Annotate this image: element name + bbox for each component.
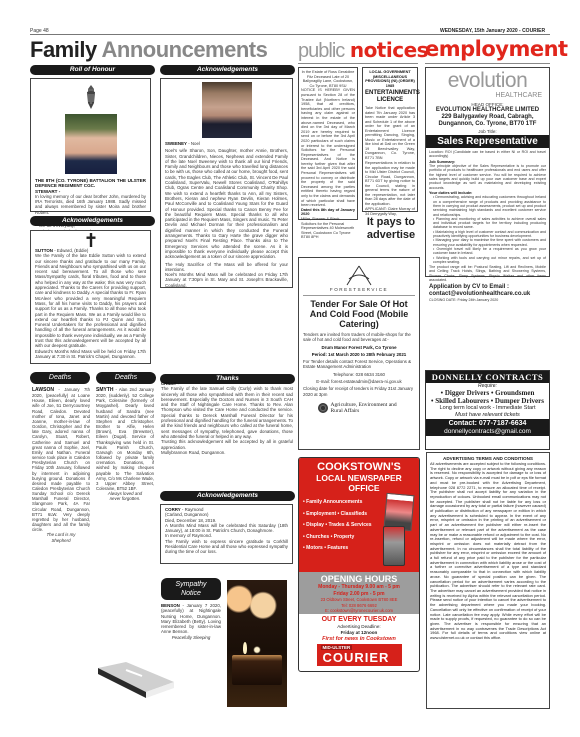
benson-sympathy-notice: BENSON - January 7 2020, (peacefully) at…	[161, 603, 221, 640]
duty-item: • Planning and monitoring of sales activ…	[429, 217, 546, 230]
deceased-name: LAWSON	[32, 387, 54, 393]
duty-item: • Overnight travel will likely be a requ…	[429, 247, 546, 256]
duty-item: • Working with tools and carrying out mi…	[429, 256, 546, 265]
acknowledgement-text: We the Family of the late Eddie Sutton w…	[35, 253, 146, 348]
sympathy-notice-heading: Sympathy Notice	[161, 578, 221, 600]
verse-line: never forgotten.	[96, 496, 154, 501]
smyth-death-notice: SMYTH - Alan 2nd January 2020, (suddenly…	[96, 387, 154, 502]
donnelly-phone[interactable]: Contact: 077-7187-6634	[426, 420, 549, 428]
tender-intro: Tenders are invited from traders of mobi…	[303, 332, 415, 343]
tender-details: For Tender details contact Forest Servic…	[303, 359, 415, 370]
licence-text: Take Notice that application dated 7th J…	[365, 106, 415, 160]
donnelly-contracts-ad: DONNELLY CONTRACTS Require: • Digger Dri…	[425, 370, 550, 450]
company-address-line2: Dungannon, Co. Tyrone, BT70 1TF	[429, 121, 546, 128]
donnelly-contact-bar: Contact: 077-7187-6634 donnellycontracts…	[426, 419, 549, 436]
sympathy-heading-line2: Notice	[161, 589, 221, 598]
bible-image	[96, 660, 176, 704]
title-announcements: Announcements	[102, 37, 268, 62]
header-rule	[30, 34, 550, 35]
thanks-text: The Family of the late Samuel Crilly (Cu…	[161, 386, 293, 439]
sympathy-text: - January 7 2020, (peacefully) at Nighti…	[161, 603, 221, 634]
ad-title-line3: OFFICE	[313, 483, 415, 493]
job-title-label: Job Title:	[429, 129, 546, 134]
verse-line: Shepherd	[32, 538, 90, 543]
crilly-thanks-notice: CRILLY - The Family of the late Samuel C…	[161, 381, 293, 455]
pays-line1: It pays to	[362, 216, 420, 229]
donnelly-roles-2: • Skilled Labourers • Dumper Drivers	[426, 397, 549, 405]
company-name: EVOLUTION HEALTHCARE LIMITED	[429, 107, 546, 114]
estate-date: Dated this 8th day of January 2020	[301, 208, 355, 217]
divider	[303, 295, 415, 296]
tender-phone: Telephone: 028 6634 3160	[303, 372, 415, 377]
duty-item: • Maintaining a high level of customer c…	[429, 230, 546, 239]
deceased-name: SMYTH	[96, 387, 114, 393]
cross-icon	[86, 233, 96, 247]
first-for-news: First for news in Cookstown	[299, 636, 419, 643]
forest-service-tender: FORESTSERVICE Tender For Sale Of Hot And…	[298, 257, 420, 450]
sutton-acknowledgement: SUTTON - Edward, (Eddie) We the Family o…	[30, 230, 151, 364]
gratitude-text: The Family wish to express sincere grati…	[165, 539, 288, 555]
evolution-healthcare-job-ad: evolution HEALTHCARE HEAD OFFICE: EVOLUT…	[425, 67, 550, 277]
mass-details: The Holy Sacrifice of The Mass will be o…	[165, 262, 288, 273]
daera-emblem-icon	[318, 403, 328, 413]
deceased-name: SUTTON	[35, 248, 53, 253]
licence-representations: Representations in relation to the appli…	[365, 161, 415, 206]
title-public: public	[298, 40, 344, 62]
title-notices: notices	[350, 38, 428, 62]
deceased-subname: - Noel	[187, 141, 200, 146]
deceased-name: BENSON	[161, 603, 180, 608]
apply-label: Application by CV to Email :	[429, 284, 546, 291]
duties-list: • Demonstrating, advising and educating …	[429, 195, 546, 264]
tender-closing: Closing date for receipt of tenders is F…	[303, 386, 415, 397]
logo-courier: COURIER	[323, 650, 390, 665]
roll-of-honour-notice: THE 8TH (CO. TYRONE) BATTALION THE ULSTE…	[30, 78, 151, 212]
corry-acknowledgement: CORRY - Raymond (Carland, Dungannon) Die…	[160, 504, 293, 564]
regiment-title: THE 8TH (CO. TYRONE) BATTALION THE ULSTE…	[35, 178, 146, 189]
donnelly-work-type: Long term local work - Immediate Start	[426, 405, 549, 412]
licence-title: ENTERTAINMENTS LICENCE	[365, 90, 415, 104]
tablet-image	[383, 526, 405, 566]
tender-email: E-mail: forest.estateadmin@daera-ni.gov.…	[303, 379, 415, 384]
job-title: Sales Representative	[426, 135, 549, 148]
sweeney-acknowledgement: SWEENEY - Noel Noel's wife Sharon, Son, …	[160, 78, 293, 288]
candle-flame	[243, 642, 247, 654]
tender-title: Tender For Sale Of Hot And Cold Food (Mo…	[303, 299, 415, 329]
mass-details: A Months Mind Mass will be celebrated th…	[165, 523, 288, 534]
acknowledgements-heading: Acknowledgements	[160, 65, 295, 75]
daera-name: Agriculture, Environment and Rural Affai…	[331, 402, 401, 414]
title-family: Family	[30, 37, 97, 62]
licence-act-heading: LOCAL GOVERNMENT (MISCELLANEOUS PROVISIO…	[365, 70, 415, 88]
section-title-family-announcements: Family Announcements	[30, 37, 267, 63]
cookstown-ad-red-panel: COOKSTOWN'S LOCAL NEWSPAPER OFFICE • Fam…	[299, 458, 419, 572]
verse-line: Peacefully Sleeping	[161, 635, 221, 640]
mass-details: Noel's Months Mind Mass will be celebrat…	[165, 272, 288, 288]
apply-email[interactable]: contact@evolutionhealthcare.co.uk	[429, 291, 546, 298]
employment-underline	[425, 63, 550, 64]
donnelly-email[interactable]: donnellycontracts@gmail.com	[426, 428, 549, 436]
lawson-death-notice: LAWSON - January 7th 2020, (peacefully) …	[32, 387, 90, 543]
cookstown-office-ad: COOKSTOWN'S LOCAL NEWSPAPER OFFICE • Fam…	[298, 457, 420, 672]
acknowledgement-text: Noel's wife Sharon, Son, Daughter, mothe…	[165, 148, 288, 259]
estate-heading: In the Estate of Ross Geraldine Fitz Dec…	[301, 70, 355, 88]
portrait-photo	[65, 114, 117, 174]
duty-item: • Demonstrating, advising and educating …	[429, 195, 546, 216]
evolution-logo: evolution	[429, 70, 546, 92]
forest-service-logo-icon	[344, 265, 374, 287]
portrait-photo	[202, 82, 252, 138]
death-notice-text: - Alan 2nd January 2020, (suddenly). 52 …	[96, 387, 154, 491]
publication-panel: OUT EVERY TUESDAY Advertising Deadline: …	[299, 614, 419, 666]
roll-of-honour-heading: Roll of Honour	[30, 65, 155, 75]
acknowledgements-heading: Acknowledgements	[30, 216, 155, 226]
candle-image	[227, 580, 287, 707]
out-every-tuesday: OUT EVERY TUESDAY	[299, 616, 419, 624]
acknowledgements-heading: Acknowledgements	[160, 491, 295, 501]
estate-notice: In the Estate of Ross Geraldine Fitz Dec…	[298, 67, 358, 220]
donnelly-tickets: Must have relevant tickets	[426, 412, 549, 419]
solicitor-details: Millar, Shearer & Black Solicitors for t…	[301, 217, 355, 240]
it-pays-to-advertise-ad: It pays to advertise	[362, 216, 420, 252]
mass-details: Edward's Months Mind Mass will be held o…	[35, 349, 146, 360]
evolution-logo-sub: HEALTHCARE	[429, 92, 542, 100]
deaths-heading: Deaths	[96, 372, 156, 384]
opening-hours-panel: OPENING HOURS Monday - Thursday 9.00 am …	[299, 572, 419, 614]
tender-venue: Drum Manor Forest Park, Co Tyrone	[303, 345, 415, 350]
thanks-trust: Trusting this acknowledgement will be ac…	[161, 439, 293, 450]
estate-notice-text: NOTICE IS HEREBY GIVEN pursuant to Secti…	[301, 88, 355, 207]
entertainments-licence-notice: LOCAL GOVERNMENT (MISCELLANEOUS PROVISIO…	[362, 67, 418, 212]
terms-text: All advertisements are accepted subject …	[430, 462, 546, 641]
closing-date: CLOSING DATE: Friday 24th January 2020	[429, 298, 546, 303]
deceased-subname: - Edward, (Eddie)	[53, 248, 88, 253]
mid-ulster-courier-logo: MID-ULSTER COURIER	[317, 644, 402, 666]
harp-crest-icon	[83, 84, 99, 110]
job-summary: The principle objective of the Sales Rep…	[429, 164, 546, 190]
candle-body	[232, 655, 282, 685]
ad-title-line1: COOKSTOWN'S	[303, 461, 415, 473]
ad-title-line2: LOCAL NEWSPAPER	[303, 473, 415, 483]
section-title-employment: employment	[425, 37, 568, 61]
deceased-name: SWEENEY	[165, 141, 187, 146]
deceased-name: CORRY	[165, 507, 181, 512]
sympathy-heading-line1: Sympathy	[161, 580, 221, 589]
deaths-heading: Deaths	[30, 372, 90, 384]
opening-hours-title: OPENING HOURS	[299, 574, 419, 584]
duty-item: • Managing your diary to maximise the ti…	[429, 238, 546, 247]
advertising-terms: ADVERTISING TERMS AND CONDITIONS All adv…	[426, 452, 550, 709]
forest-service-wordmark: FORESTSERVICE	[303, 287, 415, 292]
company-address-line1: 229 Ballygawley Road, Cabragh,	[429, 114, 546, 121]
public-notices-underline	[298, 63, 418, 64]
product-range: The product range will be: Postural Seat…	[429, 265, 546, 282]
thanks-address: Mullybrannon Road, Dungannon.	[161, 450, 293, 455]
donnelly-title: DONNELLY CONTRACTS	[426, 371, 549, 383]
tender-period: Period: 1st March 2020 to 28th February …	[303, 352, 415, 357]
office-email: E: cookstown@tyronecourier.uk.com	[299, 608, 419, 614]
memoriam-text: In loving memory of our dear brother Joh…	[35, 194, 146, 215]
pays-line2: advertise	[362, 229, 420, 242]
donnelly-roles-1: • Digger Drivers • Groundsmen	[426, 389, 549, 397]
deceased-subname: - Raymond	[181, 507, 204, 512]
daera-logo: Agriculture, Environment and Rural Affai…	[303, 402, 415, 414]
death-notice-text: - January 7th 2020, (peacefully) at Loan…	[32, 387, 90, 532]
job-location: Location: ROI (Candidate can be based in…	[429, 150, 546, 159]
section-title-public-notices: public notices	[298, 38, 428, 63]
